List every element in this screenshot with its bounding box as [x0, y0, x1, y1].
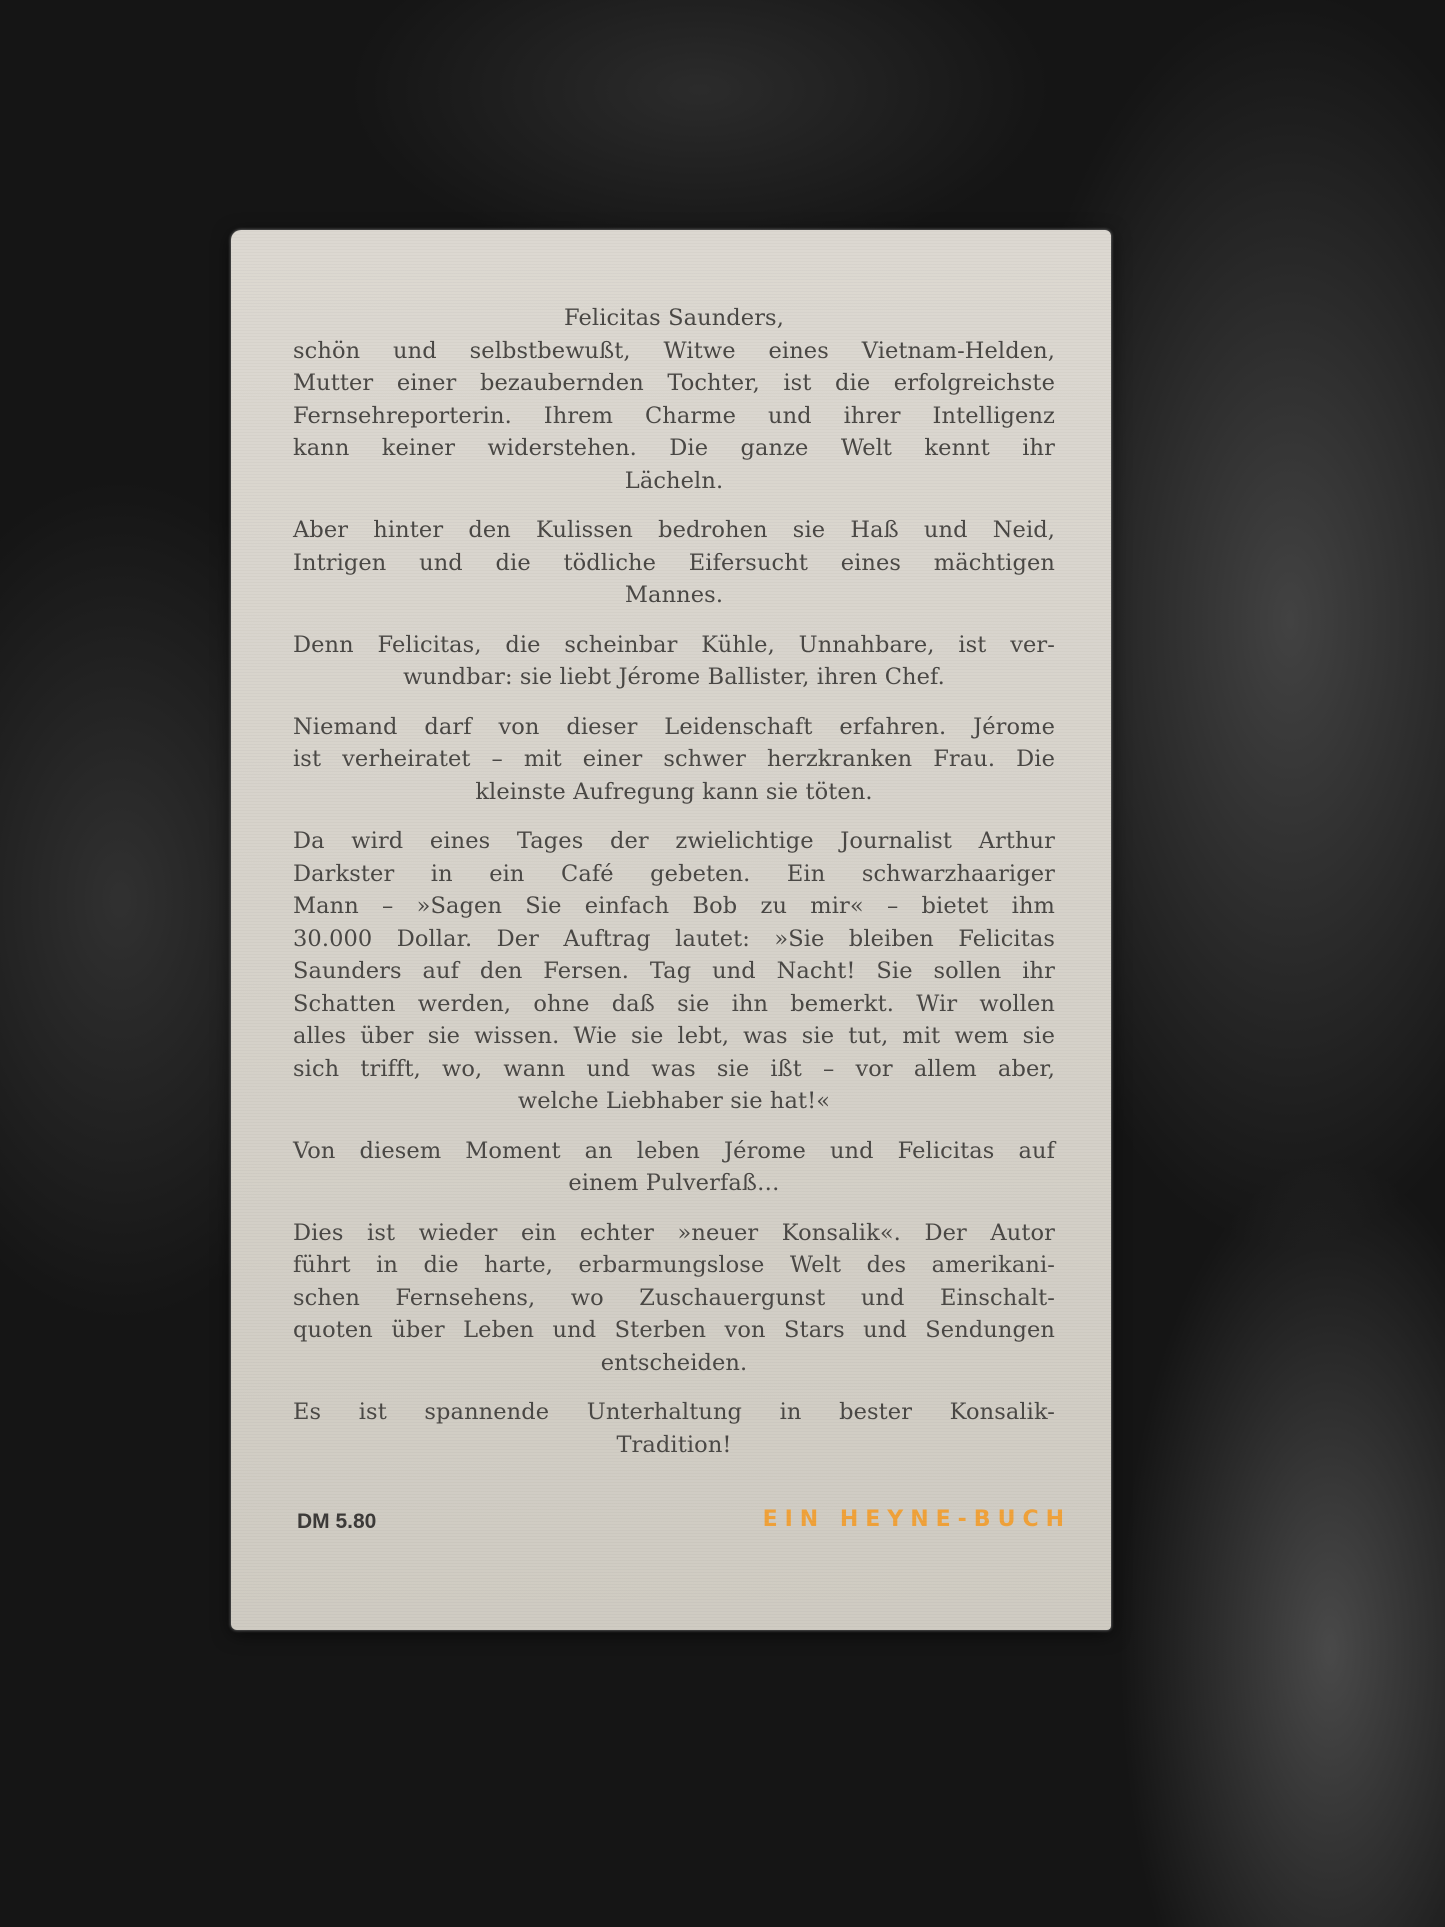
text-line: schen Fernsehens, wo Zuschauergunst und …: [293, 1282, 1055, 1315]
blurb-paragraph: Aber hinter den Kulissen bedrohen sie Ha…: [293, 514, 1055, 612]
blurb-paragraph: Es ist spannende Unterhaltung in bester …: [293, 1396, 1055, 1461]
blurb-paragraph: Dies ist wieder ein echter »neuer Konsal…: [293, 1217, 1055, 1380]
text-line: Lächeln.: [293, 465, 1055, 498]
text-line: schön und selbstbewußt, Witwe eines Viet…: [293, 335, 1055, 368]
text-line: Niemand darf von dieser Leidenschaft erf…: [293, 711, 1055, 744]
text-line: Von diesem Moment an leben Jérome und Fe…: [293, 1135, 1055, 1168]
blurb-paragraph: Von diesem Moment an leben Jérome und Fe…: [293, 1135, 1055, 1200]
text-line: quoten über Leben und Sterben von Stars …: [293, 1314, 1055, 1347]
text-line: kleinste Aufregung kann sie töten.: [293, 776, 1055, 809]
text-line: wundbar: sie liebt Jérome Ballister, ihr…: [293, 661, 1055, 694]
publisher-mark: EIN HEYNE-BUCH: [763, 1507, 1071, 1532]
blurb-text: Felicitas Saunders,schön und selbstbewuß…: [293, 302, 1055, 1478]
text-line: Felicitas Saunders,: [293, 302, 1055, 335]
text-line: Schatten werden, ohne daß sie ihn bemerk…: [293, 988, 1055, 1021]
text-line: Saunders auf den Fersen. Tag und Nacht! …: [293, 955, 1055, 988]
book-back-cover: Felicitas Saunders,schön und selbstbewuß…: [231, 230, 1111, 1630]
text-line: welche Liebhaber sie hat!«: [293, 1085, 1055, 1118]
text-line: sich trifft, wo, wann und was sie ißt – …: [293, 1053, 1055, 1086]
text-line: einem Pulverfaß…: [293, 1167, 1055, 1200]
blurb-paragraph: Denn Felicitas, die scheinbar Kühle, Unn…: [293, 629, 1055, 694]
text-line: Mutter einer bezaubernden Tochter, ist d…: [293, 367, 1055, 400]
text-line: Intrigen und die tödliche Eifersucht ein…: [293, 547, 1055, 580]
text-line: 30.000 Dollar. Der Auftrag lautet: »Sie …: [293, 923, 1055, 956]
text-line: Tradition!: [293, 1429, 1055, 1462]
text-line: Aber hinter den Kulissen bedrohen sie Ha…: [293, 514, 1055, 547]
text-line: entscheiden.: [293, 1347, 1055, 1380]
price-label: DM 5.80: [297, 1510, 376, 1534]
blurb-paragraph: Niemand darf von dieser Leidenschaft erf…: [293, 711, 1055, 809]
text-line: Fernsehreporterin. Ihrem Charme und ihre…: [293, 400, 1055, 433]
blurb-paragraph: Da wird eines Tages der zwielichtige Jou…: [293, 825, 1055, 1118]
text-line: führt in die harte, erbarmungslose Welt …: [293, 1249, 1055, 1282]
text-line: Da wird eines Tages der zwielichtige Jou…: [293, 825, 1055, 858]
text-line: Denn Felicitas, die scheinbar Kühle, Unn…: [293, 629, 1055, 662]
text-line: Darkster in ein Café gebeten. Ein schwar…: [293, 858, 1055, 891]
text-line: Dies ist wieder ein echter »neuer Konsal…: [293, 1217, 1055, 1250]
blurb-paragraph: Felicitas Saunders,schön und selbstbewuß…: [293, 302, 1055, 497]
text-line: Mann – »Sagen Sie einfach Bob zu mir« – …: [293, 890, 1055, 923]
text-line: ist verheiratet – mit einer schwer herzk…: [293, 743, 1055, 776]
text-line: Mannes.: [293, 579, 1055, 612]
text-line: Es ist spannende Unterhaltung in bester …: [293, 1396, 1055, 1429]
text-line: alles über sie wissen. Wie sie lebt, was…: [293, 1020, 1055, 1053]
text-line: kann keiner widerstehen. Die ganze Welt …: [293, 432, 1055, 465]
